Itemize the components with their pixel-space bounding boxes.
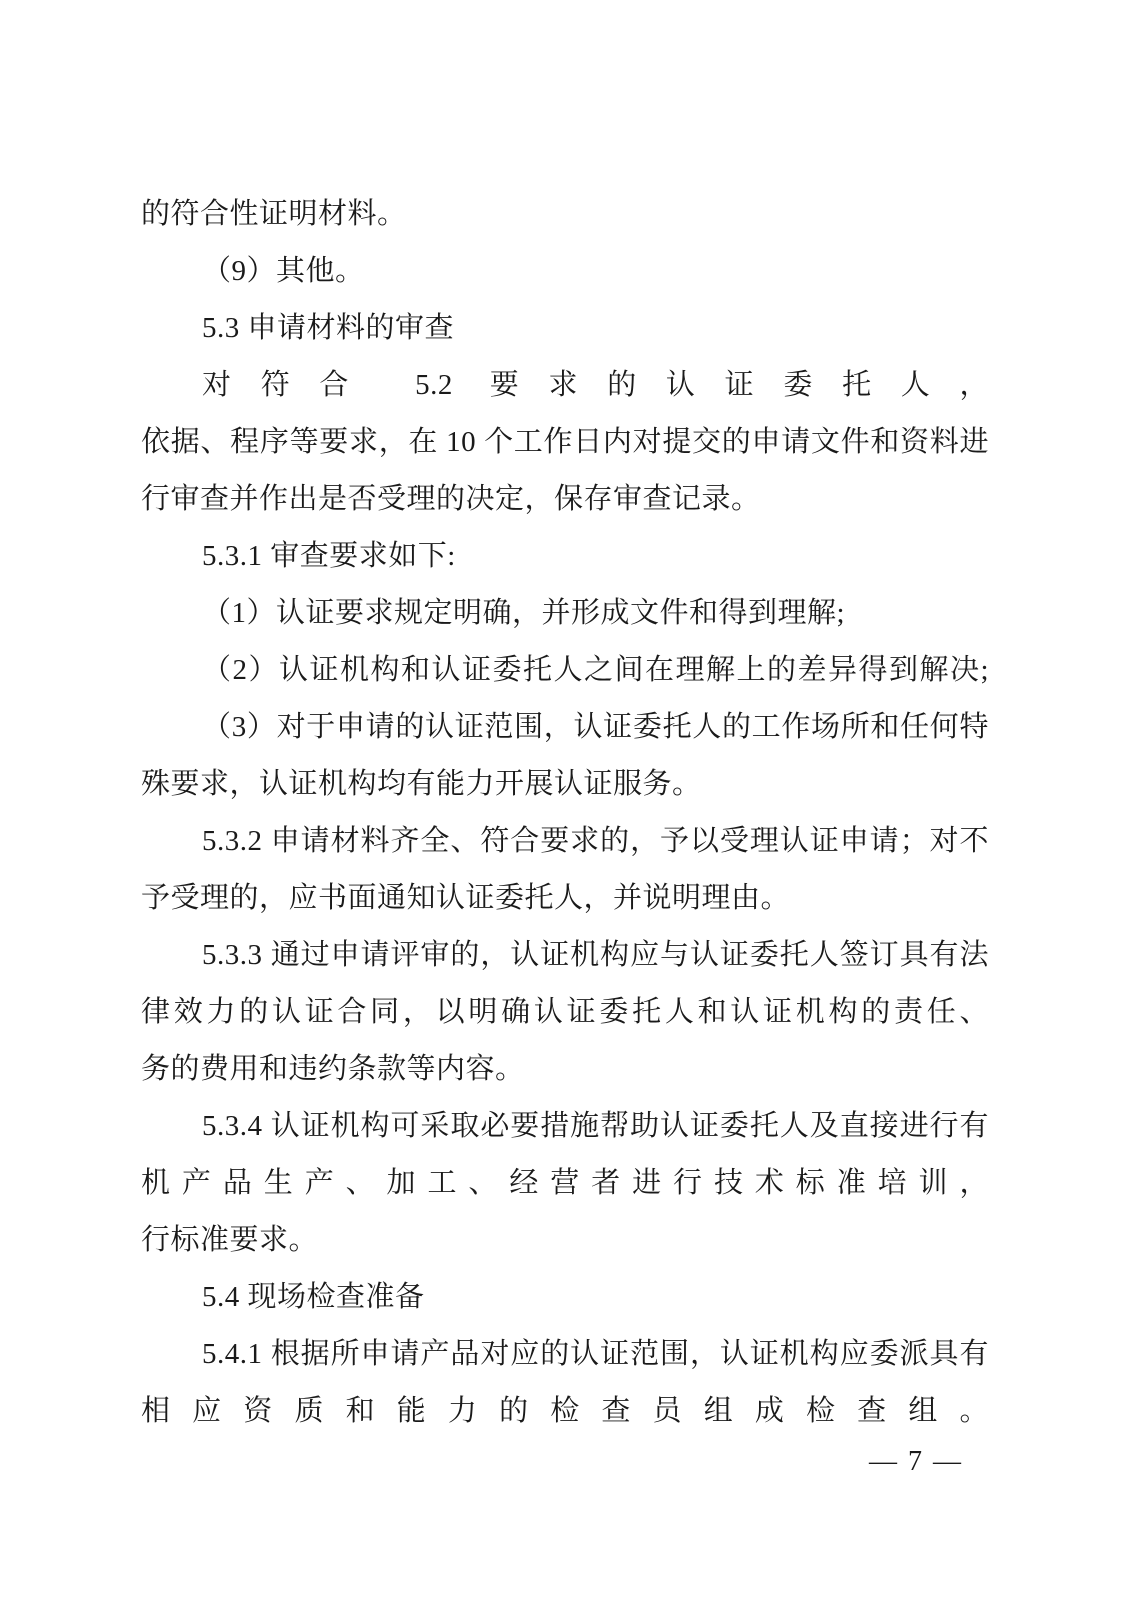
section-5-3-3-line: 5.3.3 通过申请评审的，认证机构应与认证委托人签订具有法 [141,927,989,984]
list-item-2: （2）认证机构和认证委托人之间在理解上的差异得到解决; [141,642,989,699]
body-line: 务的费用和违约条款等内容。 [141,1041,989,1098]
document-page: 的符合性证明材料。 （9）其他。 5.3 申请材料的审查 对符合 5.2 要求的… [0,0,1131,1600]
list-item-9: （9）其他。 [141,243,989,300]
section-heading-5-3-1: 5.3.1 审查要求如下: [141,528,989,585]
section-5-3-2-line: 5.3.2 申请材料齐全、符合要求的，予以受理认证申请；对不 [141,813,989,870]
body-line: 殊要求，认证机构均有能力开展认证服务。 [141,756,989,813]
body-line: 律效力的认证合同，以明确认证委托人和认证机构的责任、认证服 [141,984,989,1041]
section-5-3-4-line: 5.3.4 认证机构可采取必要措施帮助认证委托人及直接进行有 [141,1098,989,1155]
body-line: 予受理的，应书面通知认证委托人，并说明理由。 [141,870,989,927]
body-line: 对符合 5.2 要求的认证委托人，认证机构应根据有机产品认证 [141,357,989,414]
list-item-3: （3）对于申请的认证范围，认证委托人的工作场所和任何特 [141,699,989,756]
body-line: 机产品生产、加工、经营者进行技术标准培训，使其正确理解和执 [141,1155,989,1212]
section-heading-5-3: 5.3 申请材料的审查 [141,300,989,357]
section-5-4-1-line: 5.4.1 根据所申请产品对应的认证范围，认证机构应委派具有 [141,1326,989,1383]
body-line: 相应资质和能力的检查员组成检查组。每个检查组应至少有一名认 [141,1383,989,1440]
section-heading-5-4: 5.4 现场检查准备 [141,1269,989,1326]
text-block: 的符合性证明材料。 （9）其他。 5.3 申请材料的审查 对符合 5.2 要求的… [141,186,989,1440]
body-line: 的符合性证明材料。 [141,186,989,243]
body-line: 依据、程序等要求，在 10 个工作日内对提交的申请文件和资料进 [141,414,989,471]
page-number: — 7 — [869,1442,963,1482]
body-line: 行审查并作出是否受理的决定，保存审查记录。 [141,471,989,528]
body-line: 行标准要求。 [141,1212,989,1269]
list-item-1: （1）认证要求规定明确，并形成文件和得到理解; [141,585,989,642]
